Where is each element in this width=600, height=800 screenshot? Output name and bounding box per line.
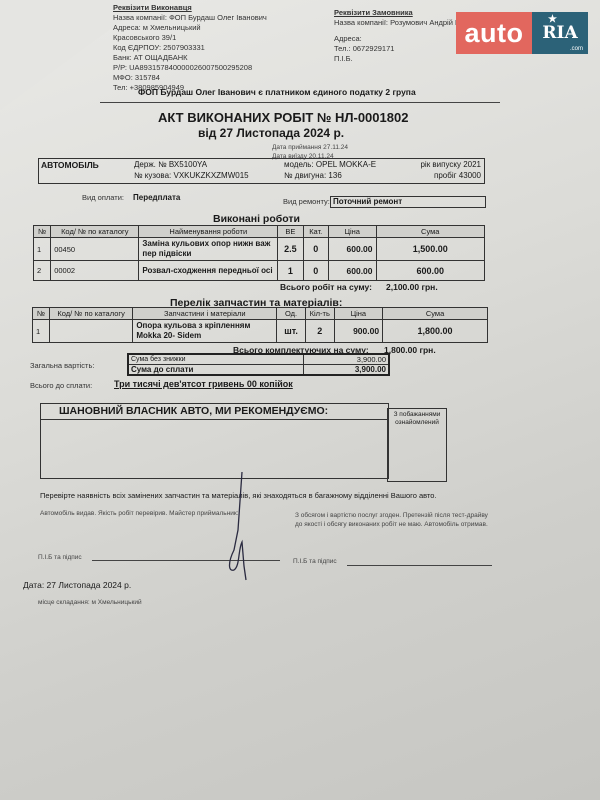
star-icon: ★	[548, 14, 557, 25]
works-col-name: Найменування роботи	[139, 226, 278, 238]
to-pay-label: Сума до сплати	[128, 365, 304, 376]
contractor-mfo: МФО: 315784	[113, 73, 323, 83]
cell: 1	[33, 320, 50, 343]
cell: 0	[303, 261, 328, 281]
cell: 600.00	[328, 238, 376, 261]
parts-col-name: Запчастини і матеріали	[133, 308, 277, 320]
works-table: № Код/ № по каталогу Найменування роботи…	[33, 225, 485, 281]
cell: Розвал-сходження передньої осі	[139, 261, 278, 281]
works-total-label: Всього робіт на суму:	[280, 282, 372, 292]
logo-ria: ★ RIA .com	[532, 12, 588, 54]
cell	[49, 320, 132, 343]
contractor-account: Р/Р: UA893157840000026007500295208	[113, 63, 323, 73]
works-col-no: №	[34, 226, 51, 238]
no-discount-value: 3,900.00	[304, 354, 390, 365]
contractor-company: Назва компанії: ФОП Бурдаш Олег Іванович	[113, 13, 323, 23]
recommend-title: ШАНОВНИЙ ВЛАСНИК АВТО, МИ РЕКОМЕНДУЄМО:	[41, 404, 388, 420]
parts-col-code: Код/ № по каталогу	[49, 308, 132, 320]
words-label: Всього до сплати:	[30, 381, 92, 390]
table-row: 1 Опора кульова з кріпленням Mokka 20- S…	[33, 320, 488, 343]
car-box: АВТОМОБІЛЬ Держ. № ВХ5100YA № кузова: VX…	[38, 158, 485, 184]
contractor-bank: Банк: АТ ОЩАДБАНК	[113, 53, 323, 63]
car-vin: № кузова: VXKUKZKXZMW015	[134, 171, 249, 180]
car-label: АВТОМОБІЛЬ	[41, 160, 99, 170]
parts-total-value: 1,800.00 грн.	[384, 345, 436, 355]
summary-label: Загальна вартість:	[30, 361, 94, 370]
car-model: модель: OPEL MOKKA-E	[284, 160, 376, 169]
footer-place: місце складання: м Хмельницький	[38, 598, 142, 607]
parts-table: № Код/ № по каталогу Запчастини і матері…	[32, 307, 488, 343]
cell: 600.00	[328, 261, 376, 281]
act-date: від 27 Листопада 2024 р.	[198, 126, 344, 140]
works-col-sum: Сума	[376, 226, 484, 238]
cell: 900.00	[334, 320, 382, 343]
works-total-value: 2,100.00 грн.	[386, 282, 438, 292]
divider	[100, 102, 500, 103]
recommend-box: ШАНОВНИЙ ВЛАСНИК АВТО, МИ РЕКОМЕНДУЄМО:	[40, 403, 389, 479]
cell: Заміна кульових опор нижн важ пер підвіс…	[139, 238, 278, 261]
cell: 2	[305, 320, 334, 343]
contractor-heading: Реквізити Виконавця	[113, 3, 323, 13]
logo-auto: auto	[456, 12, 532, 54]
contractor-address: Адреса: м Хмельницький	[113, 23, 323, 33]
parts-col-sum: Сума	[383, 308, 488, 320]
acknowledged-box: З побажаннями ознайомлений	[387, 408, 447, 482]
logo-com: .com	[570, 46, 583, 52]
car-year: рік випуску 2021	[420, 160, 481, 169]
customer-pib: П.І.Б.	[334, 54, 534, 64]
works-col-code: Код/ № по каталогу	[51, 226, 139, 238]
cell: 600.00	[376, 261, 484, 281]
cell: 2.5	[278, 238, 303, 261]
to-pay-value: 3,900.00	[304, 365, 390, 376]
works-col-cat: Кат.	[303, 226, 328, 238]
parts-table-wrap: № Код/ № по каталогу Запчастини і матері…	[32, 307, 488, 343]
parts-col-no: №	[33, 308, 50, 320]
payment-value: Передплата	[133, 193, 180, 202]
issued-note: Автомобіль видав. Якість робіт перевірив…	[40, 509, 239, 518]
car-mileage: пробіг 43000	[434, 171, 481, 180]
fop-tax-line: ФОП Бурдаш Олег Іванович є платником єди…	[138, 87, 416, 97]
contractor-street: Красовського 39/1	[113, 33, 323, 43]
cell: Опора кульова з кріпленням Mokka 20- Sid…	[133, 320, 277, 343]
contractor-details: Реквізити Виконавця Назва компанії: ФОП …	[113, 3, 323, 93]
cell: 1	[278, 261, 303, 281]
act-title: АКТ ВИКОНАНИХ РОБІТ № НЛ-0001802	[158, 110, 408, 125]
cell: 1,500.00	[376, 238, 484, 261]
parts-col-qty: Кіл-ть	[305, 308, 334, 320]
works-col-price: Ціна	[328, 226, 376, 238]
footer-date: Дата: 27 Листопада 2024 р.	[23, 580, 131, 590]
works-col-ve: ВЕ	[278, 226, 303, 238]
sign-right-label: П.І.Б та підпис	[293, 557, 337, 566]
words-value: Три тисячі дев'ятсот гривень 00 копійок	[114, 379, 293, 389]
cell: 1,800.00	[383, 320, 488, 343]
contractor-edrpou: Код ЄДРПОУ: 2507903331	[113, 43, 323, 53]
agree-note: З обсягом і вартістю послуг згоден. Прет…	[295, 511, 495, 529]
logo-ria-text: RIA	[542, 23, 577, 43]
table-row: 1 00450 Заміна кульових опор нижн важ пе…	[34, 238, 485, 261]
car-plate: Держ. № ВХ5100YA	[134, 160, 207, 169]
sign-right-line[interactable]	[347, 565, 492, 566]
parts-col-unit: Од.	[277, 308, 306, 320]
no-discount-label: Сума без знижки	[128, 354, 304, 365]
cell: 2	[34, 261, 51, 281]
sign-left-label: П.І.Б та підпис	[38, 553, 82, 562]
cell: 00450	[51, 238, 139, 261]
cell: 0	[303, 238, 328, 261]
date-received: Дата приймання 27.11.24	[272, 143, 348, 152]
table-row: 2 00002 Розвал-сходження передньої осі 1…	[34, 261, 485, 281]
cell: 1	[34, 238, 51, 261]
works-title: Виконані роботи	[213, 213, 300, 225]
summary-table: Сума без знижки 3,900.00 Сума до сплати …	[127, 353, 390, 376]
autoria-logo: auto ★ RIA .com	[456, 12, 588, 54]
repair-label: Вид ремонту:	[283, 197, 330, 206]
payment-label: Вид оплати:	[82, 193, 124, 202]
parts-col-price: Ціна	[334, 308, 382, 320]
car-engine: № двигуна: 136	[284, 171, 342, 180]
signature-mark	[220, 470, 260, 585]
cell: 00002	[51, 261, 139, 281]
repair-value: Поточний ремонт	[330, 196, 486, 208]
cell: шт.	[277, 320, 306, 343]
